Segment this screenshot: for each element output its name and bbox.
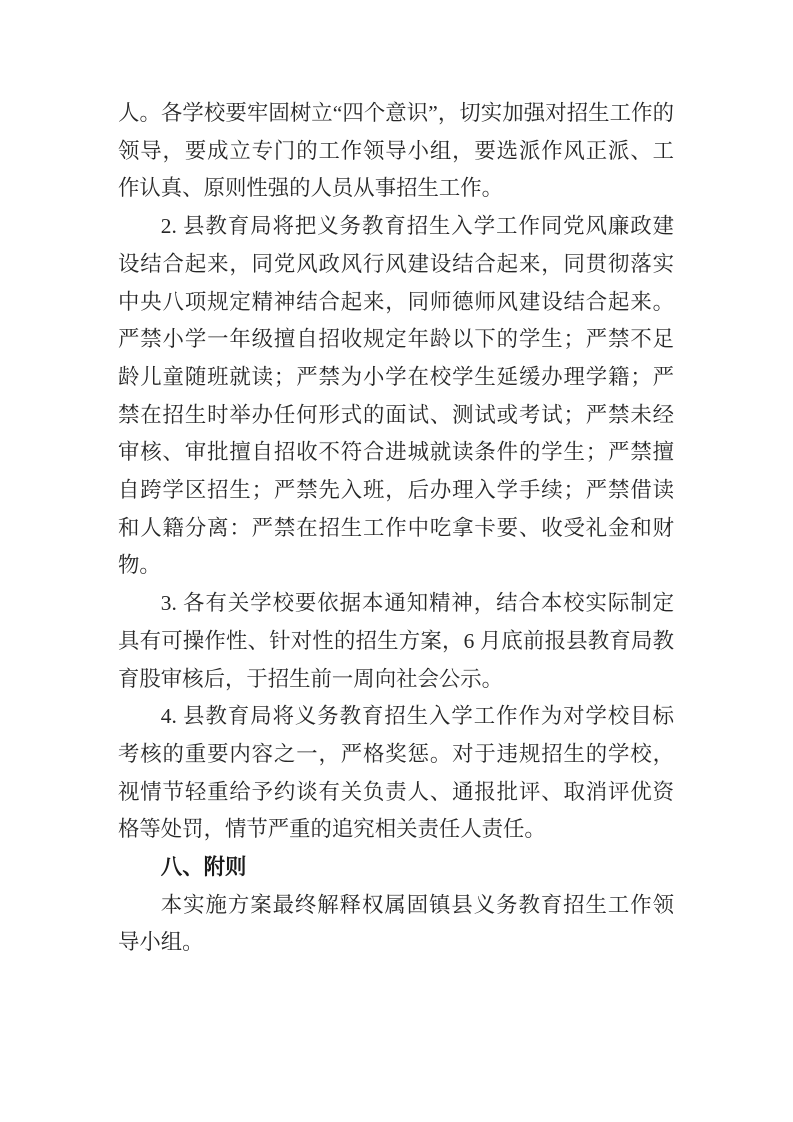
section-heading-appendix: 八、附则 [118, 849, 674, 887]
document-page: 人。各学校要牢固树立“四个意识”，切实加强对招生工作的领导，要成立专门的工作领导… [0, 0, 793, 1122]
paragraph-continuation: 人。各学校要牢固树立“四个意识”，切实加强对招生工作的领导，要成立专门的工作领导… [118, 95, 674, 208]
document-text-block: 人。各学校要牢固树立“四个意识”，切实加强对招生工作的领导，要成立专门的工作领导… [118, 95, 674, 962]
paragraph-item-4: 4. 县教育局将义务教育招生入学工作作为对学校目标考核的重要内容之一，严格奖惩。… [118, 698, 674, 849]
paragraph-closing: 本实施方案最终解释权属固镇县义务教育招生工作领导小组。 [118, 887, 674, 962]
paragraph-item-3: 3. 各有关学校要依据本通知精神，结合本校实际制定具有可操作性、针对性的招生方案… [118, 585, 674, 698]
paragraph-item-2: 2. 县教育局将把义务教育招生入学工作同党风廉政建设结合起来，同党风政风行风建设… [118, 208, 674, 585]
